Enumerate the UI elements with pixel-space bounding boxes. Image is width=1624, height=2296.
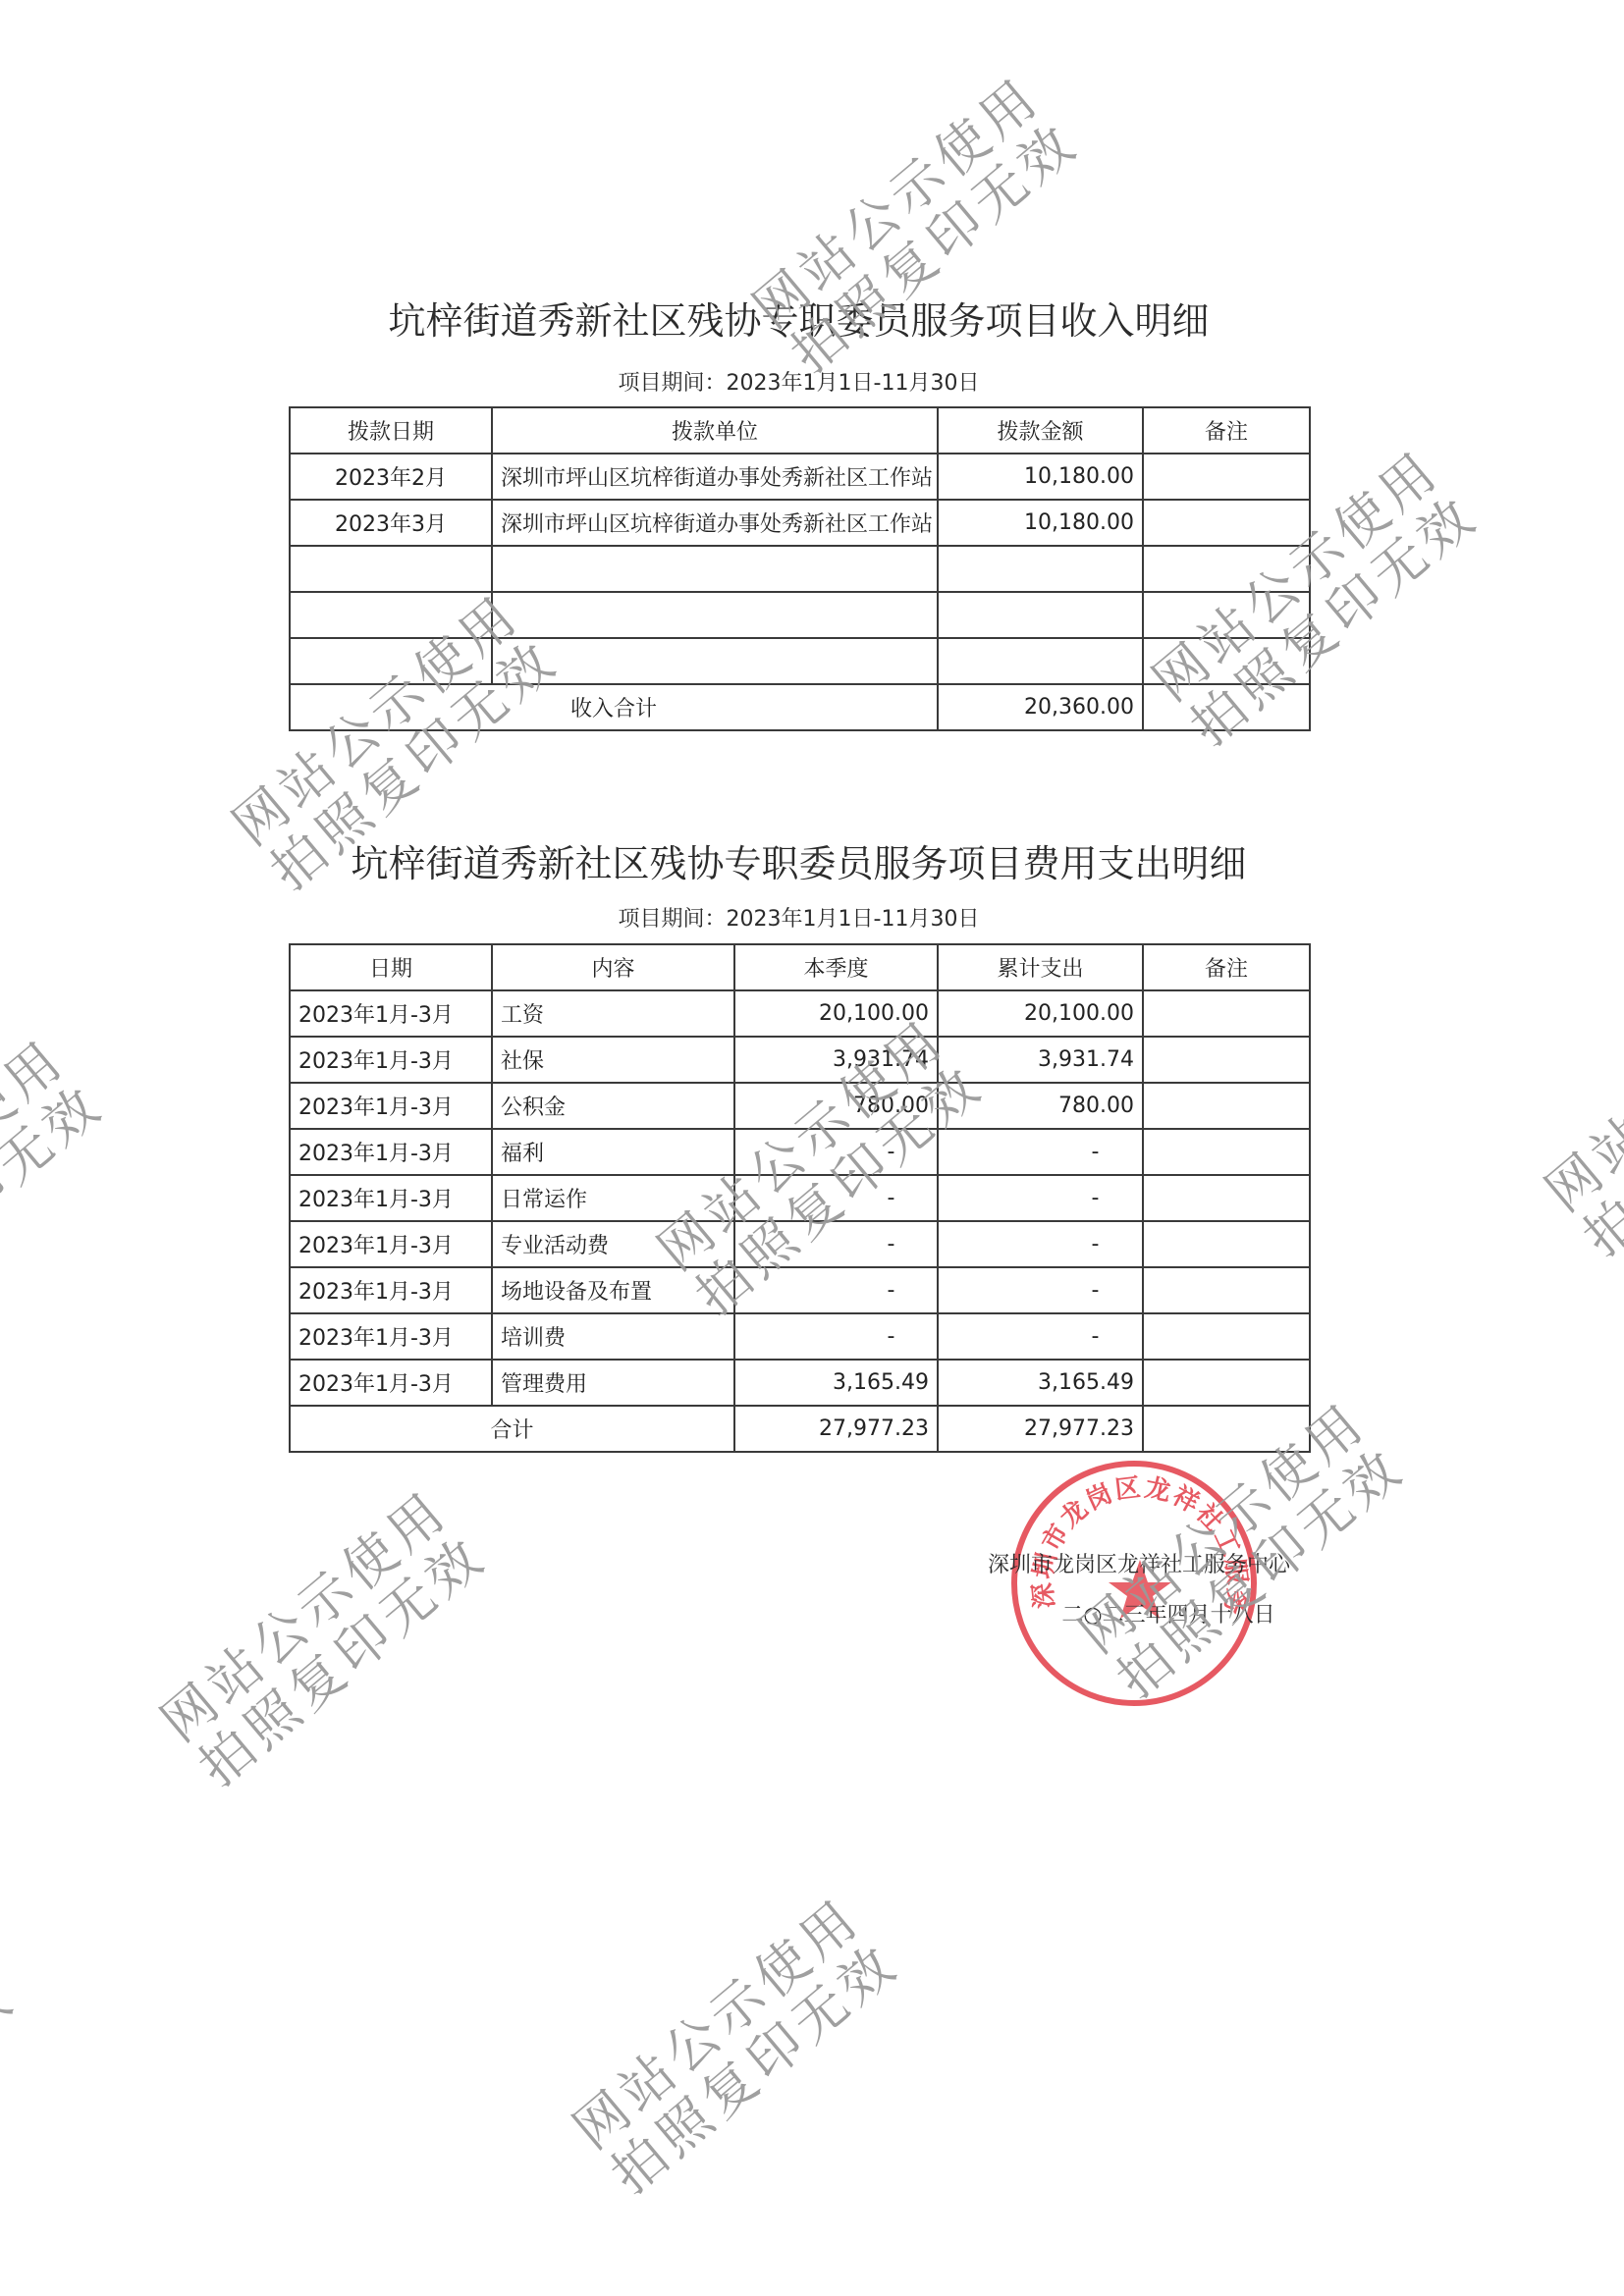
note-cell [1143, 1083, 1310, 1129]
expense-header-row: 日期 内容 本季度 累计支出 备注 [290, 944, 1310, 990]
column-header: 累计支出 [938, 944, 1143, 990]
note-cell [1143, 638, 1310, 684]
cumulative-cell: - [938, 1267, 1143, 1313]
date-cell: 2023年1月-3月 [290, 1175, 492, 1221]
note-cell [1143, 1313, 1310, 1360]
date-cell [290, 592, 492, 638]
quarter-cell: 780.00 [734, 1083, 938, 1129]
total-amount: 20,360.00 [938, 684, 1143, 730]
expense-table: 日期 内容 本季度 累计支出 备注 2023年1月-3月 工资 20,100.0… [289, 943, 1311, 1453]
date-cell: 2023年3月 [290, 500, 492, 546]
income-title: 坑梓街道秀新社区残协专职委员服务项目收入明细 [289, 299, 1309, 343]
date-cell: 2023年2月 [290, 454, 492, 500]
total-note [1143, 1406, 1310, 1452]
date-cell: 2023年1月-3月 [290, 990, 492, 1037]
watermark: 网站公示使用拍照复印无效 [713, 42, 1119, 410]
item-cell: 福利 [492, 1129, 734, 1175]
amount-cell [938, 546, 1143, 592]
note-cell [1143, 1221, 1310, 1267]
cumulative-cell: - [938, 1175, 1143, 1221]
total-note [1143, 684, 1310, 730]
note-cell [1143, 1267, 1310, 1313]
date-cell: 2023年1月-3月 [290, 1221, 492, 1267]
note-cell [1143, 454, 1310, 500]
cumulative-cell: 780.00 [938, 1083, 1143, 1129]
date-cell [290, 638, 492, 684]
table-row [290, 546, 1310, 592]
date-cell: 2023年1月-3月 [290, 1083, 492, 1129]
income-table: 拨款日期 拨款单位 拨款金额 备注 2023年2月 深圳市坪山区坑梓街道办事处秀… [289, 406, 1311, 731]
watermark: 网站公示使用拍照复印无效 [0, 1004, 144, 1372]
note-cell [1143, 990, 1310, 1037]
cumulative-cell: - [938, 1313, 1143, 1360]
quarter-cell: - [734, 1175, 938, 1221]
signature-organization: 深圳市龙岗区龙祥社工服务中心 [943, 1548, 1335, 1578]
income-header-row: 拨款日期 拨款单位 拨款金额 备注 [290, 407, 1310, 454]
unit-cell [492, 546, 938, 592]
cumulative-cell: - [938, 1129, 1143, 1175]
watermark: 网站公示使用拍照复印无效 [121, 1456, 527, 1824]
column-header: 拨款金额 [938, 407, 1143, 454]
table-row: 2023年1月-3月 管理费用 3,165.49 3,165.49 [290, 1360, 1310, 1406]
quarter-cell: - [734, 1267, 938, 1313]
official-stamp: 深圳市龙岗区龙祥社工服务中心财务专用章 [1011, 1461, 1257, 1706]
column-header: 拨款单位 [492, 407, 938, 454]
amount-cell: 10,180.00 [938, 500, 1143, 546]
amount-cell [938, 592, 1143, 638]
amount-cell: 10,180.00 [938, 454, 1143, 500]
note-cell [1143, 1129, 1310, 1175]
total-cumulative: 27,977.23 [938, 1406, 1143, 1452]
quarter-cell: 3,931.74 [734, 1037, 938, 1083]
date-cell [290, 546, 492, 592]
date-cell: 2023年1月-3月 [290, 1037, 492, 1083]
item-cell: 场地设备及布置 [492, 1267, 734, 1313]
quarter-cell: 3,165.49 [734, 1360, 938, 1406]
cumulative-cell: 20,100.00 [938, 990, 1143, 1037]
column-header: 内容 [492, 944, 734, 990]
item-cell: 日常运作 [492, 1175, 734, 1221]
note-cell [1143, 500, 1310, 546]
note-cell [1143, 1037, 1310, 1083]
unit-cell: 深圳市坪山区坑梓街道办事处秀新社区工作站 [492, 500, 938, 546]
date-cell: 2023年1月-3月 [290, 1267, 492, 1313]
note-cell [1143, 1360, 1310, 1406]
date-cell: 2023年1月-3月 [290, 1129, 492, 1175]
watermark: 网站公示使用拍照复印无效 [1505, 926, 1624, 1294]
stamp-seal-icon: 深圳市龙岗区龙祥社工服务中心财务专用章 [1017, 1467, 1263, 1712]
table-row: 2023年1月-3月 福利 - - [290, 1129, 1310, 1175]
income-period: 项目期间：2023年1月1日-11月30日 [289, 371, 1309, 397]
quarter-cell: 20,100.00 [734, 990, 938, 1037]
quarter-cell: - [734, 1221, 938, 1267]
table-row: 2023年1月-3月 培训费 - - [290, 1313, 1310, 1360]
expense-title: 坑梓街道秀新社区残协专职委员服务项目费用支出明细 [289, 842, 1309, 885]
table-row [290, 638, 1310, 684]
table-row: 2023年1月-3月 工资 20,100.00 20,100.00 [290, 990, 1310, 1037]
table-row: 2023年1月-3月 社保 3,931.74 3,931.74 [290, 1037, 1310, 1083]
table-row: 2023年3月 深圳市坪山区坑梓街道办事处秀新社区工作站 10,180.00 [290, 500, 1310, 546]
item-cell: 社保 [492, 1037, 734, 1083]
table-row: 2023年1月-3月 日常运作 - - [290, 1175, 1310, 1221]
total-label: 合计 [290, 1406, 734, 1452]
column-header: 日期 [290, 944, 492, 990]
income-total-row: 收入合计 20,360.00 [290, 684, 1310, 730]
table-row [290, 592, 1310, 638]
quarter-cell: - [734, 1313, 938, 1360]
signature-date: 二○二三年四月十八日 [972, 1598, 1365, 1629]
table-row: 2023年1月-3月 场地设备及布置 - - [290, 1267, 1310, 1313]
date-cell: 2023年1月-3月 [290, 1360, 492, 1406]
unit-cell: 深圳市坪山区坑梓街道办事处秀新社区工作站 [492, 454, 938, 500]
item-cell: 管理费用 [492, 1360, 734, 1406]
date-cell: 2023年1月-3月 [290, 1313, 492, 1360]
watermark: 网站公示使用拍照复印无效 [533, 1863, 940, 2231]
item-cell: 公积金 [492, 1083, 734, 1129]
column-header: 本季度 [734, 944, 938, 990]
item-cell: 工资 [492, 990, 734, 1037]
unit-cell [492, 592, 938, 638]
total-label: 收入合计 [290, 684, 938, 730]
total-quarter: 27,977.23 [734, 1406, 938, 1452]
expense-total-row: 合计 27,977.23 27,977.23 [290, 1406, 1310, 1452]
expense-period: 项目期间：2023年1月1日-11月30日 [289, 907, 1309, 933]
item-cell: 专业活动费 [492, 1221, 734, 1267]
cumulative-cell: 3,165.49 [938, 1360, 1143, 1406]
note-cell [1143, 1175, 1310, 1221]
column-header: 拨款日期 [290, 407, 492, 454]
column-header: 备注 [1143, 944, 1310, 990]
cumulative-cell: - [938, 1221, 1143, 1267]
table-row: 2023年1月-3月 公积金 780.00 780.00 [290, 1083, 1310, 1129]
unit-cell [492, 638, 938, 684]
item-cell: 培训费 [492, 1313, 734, 1360]
note-cell [1143, 546, 1310, 592]
cumulative-cell: 3,931.74 [938, 1037, 1143, 1083]
quarter-cell: - [734, 1129, 938, 1175]
table-row: 2023年2月 深圳市坪山区坑梓街道办事处秀新社区工作站 10,180.00 [290, 454, 1310, 500]
column-header: 备注 [1143, 407, 1310, 454]
note-cell [1143, 592, 1310, 638]
amount-cell [938, 638, 1143, 684]
watermark: 网站公示使用拍照复印无效 [0, 1897, 56, 2266]
table-row: 2023年1月-3月 专业活动费 - - [290, 1221, 1310, 1267]
